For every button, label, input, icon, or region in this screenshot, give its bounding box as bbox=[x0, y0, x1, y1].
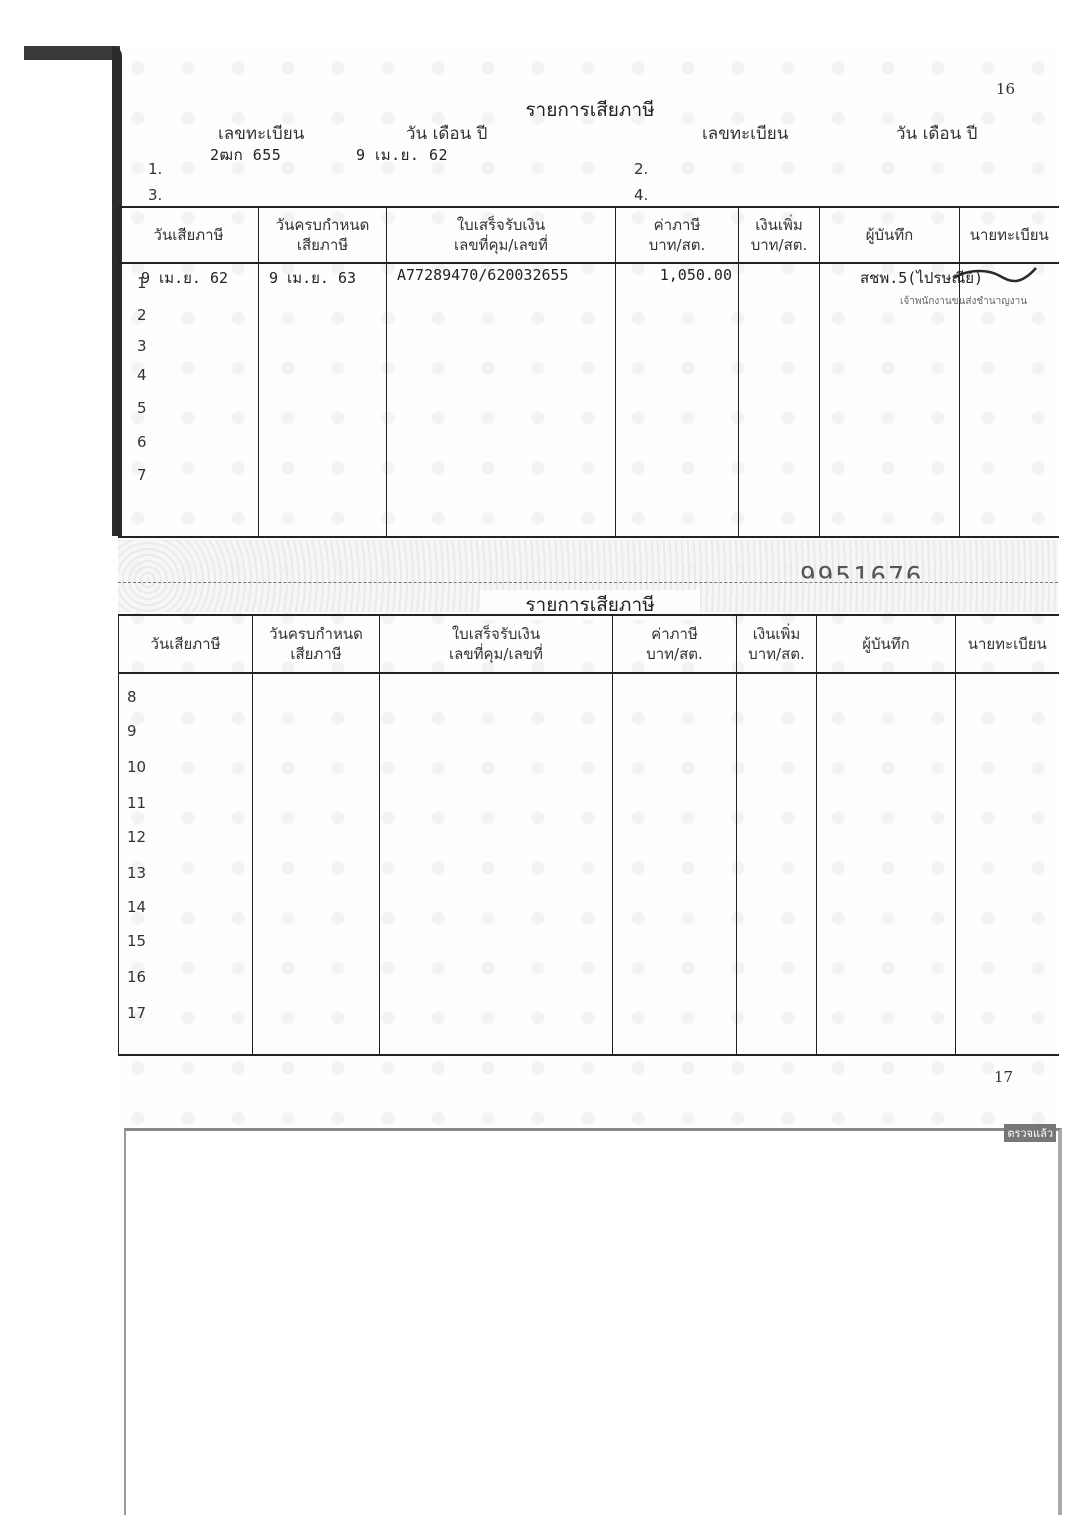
tax-ledger-table-2: วันเสียภาษี วันครบกำหนดเสียภาษี ใบเสร็จร… bbox=[118, 614, 1059, 1056]
col-header-recorder: ผู้บันทึก bbox=[820, 207, 960, 263]
row-number: 5 bbox=[137, 399, 147, 417]
col-header-receipt: ใบเสร็จรับเงินเลขที่คุม/เลขที่ bbox=[380, 615, 613, 673]
binder-edge-top bbox=[24, 46, 120, 60]
row-number: 6 bbox=[137, 433, 147, 451]
row-number: 10 bbox=[127, 758, 146, 776]
table-header-row: วันเสียภาษี วันครบกำหนดเสียภาษี ใบเสร็จร… bbox=[119, 615, 1059, 673]
col-header-tax-date: วันเสียภาษี bbox=[119, 207, 259, 263]
table-body-row: 9 เม.ย. 62 1 2 3 4 5 6 7 9 เม.ย. 63 A772… bbox=[119, 263, 1059, 537]
col-header-due-date: วันครบกำหนดเสียภาษี bbox=[253, 615, 380, 673]
tax-date-value: 9 เม.ย. 62 bbox=[141, 266, 228, 290]
surcharge-cell bbox=[739, 263, 820, 537]
table-body-row: 8 9 10 11 12 13 14 15 16 17 bbox=[119, 673, 1059, 1055]
due-date-cell: 9 เม.ย. 63 bbox=[259, 263, 387, 537]
next-page-frame bbox=[124, 1128, 1062, 1515]
surcharge-cell bbox=[737, 673, 817, 1055]
row-number: 2 bbox=[137, 306, 147, 324]
signature-icon bbox=[950, 264, 1040, 290]
col-header-tax-amount: ค่าภาษีบาท/สต. bbox=[613, 615, 737, 673]
tax-date-cell: 9 เม.ย. 62 1 2 3 4 5 6 7 bbox=[119, 263, 259, 537]
page-number-17: 17 bbox=[994, 1068, 1013, 1086]
next-page-tab: ตรวจแล้ว bbox=[1004, 1124, 1056, 1142]
col-header-registrar: นายทะเบียน bbox=[956, 615, 1059, 673]
row-number: 9 bbox=[127, 722, 137, 740]
tax-ledger-table-1: วันเสียภาษี วันครบกำหนดเสียภาษี ใบเสร็จร… bbox=[118, 206, 1059, 538]
row-number: 8 bbox=[127, 688, 137, 706]
row-number: 4 bbox=[137, 366, 147, 384]
receipt-cell: A77289470/620032655 bbox=[387, 263, 616, 537]
row-number: 15 bbox=[127, 932, 146, 950]
tax-amount-cell: 1,050.00 bbox=[616, 263, 739, 537]
entry-registration: 2ฒก 655 bbox=[210, 143, 281, 167]
tax-amount-cell bbox=[613, 673, 737, 1055]
row-number: 17 bbox=[127, 1004, 146, 1022]
col-header-surcharge: เงินเพิ่มบาท/สต. bbox=[739, 207, 820, 263]
row-number: 14 bbox=[127, 898, 146, 916]
slot-4: 4. bbox=[634, 186, 648, 204]
perforation-line bbox=[118, 582, 1058, 583]
row-number: 12 bbox=[127, 828, 146, 846]
tax-amount-value: 1,050.00 bbox=[660, 266, 732, 284]
row-number: 13 bbox=[127, 864, 146, 882]
slot-2: 2. bbox=[634, 160, 648, 178]
page-number-16: 16 bbox=[996, 80, 1015, 98]
row-number: 3 bbox=[137, 337, 147, 355]
col-header-due-date: วันครบกำหนดเสียภาษี bbox=[259, 207, 387, 263]
due-date-value: 9 เม.ย. 63 bbox=[269, 266, 356, 290]
col-header-receipt: ใบเสร็จรับเงินเลขที่คุม/เลขที่ bbox=[387, 207, 616, 263]
col-header-surcharge: เงินเพิ่มบาท/สต. bbox=[737, 615, 817, 673]
row-number: 11 bbox=[127, 794, 146, 812]
slot-1: 1. bbox=[148, 160, 162, 178]
registrar-cell bbox=[956, 673, 1059, 1055]
col-header-recorder: ผู้บันทึก bbox=[817, 615, 956, 673]
col-header-tax-date: วันเสียภาษี bbox=[119, 615, 253, 673]
entry-date: 9 เม.ย. 62 bbox=[356, 143, 448, 167]
receipt-cell bbox=[380, 673, 613, 1055]
recorder-cell bbox=[817, 673, 956, 1055]
row-number: 1 bbox=[137, 274, 147, 292]
section-title: รายการเสียภาษี bbox=[480, 95, 700, 125]
col-header-tax-amount: ค่าภาษีบาท/สต. bbox=[616, 207, 739, 263]
date-label-right: วัน เดือน ปี bbox=[896, 120, 977, 147]
slot-3: 3. bbox=[148, 186, 162, 204]
table-header-row: วันเสียภาษี วันครบกำหนดเสียภาษี ใบเสร็จร… bbox=[119, 207, 1059, 263]
reg-label-right: เลขทะเบียน bbox=[702, 120, 788, 147]
row-number: 16 bbox=[127, 968, 146, 986]
col-header-registrar: นายทะเบียน bbox=[960, 207, 1059, 263]
receipt-value: A77289470/620032655 bbox=[397, 266, 569, 284]
tax-date-cell: 8 9 10 11 12 13 14 15 16 17 bbox=[119, 673, 253, 1055]
recorder-cell: สชพ.5(ไปรษณีย์) เจ้าพนักงานขนส่งชำนาญงาน bbox=[820, 263, 960, 537]
registrar-cell bbox=[960, 263, 1059, 537]
due-date-cell bbox=[253, 673, 380, 1055]
row-number: 7 bbox=[137, 466, 147, 484]
